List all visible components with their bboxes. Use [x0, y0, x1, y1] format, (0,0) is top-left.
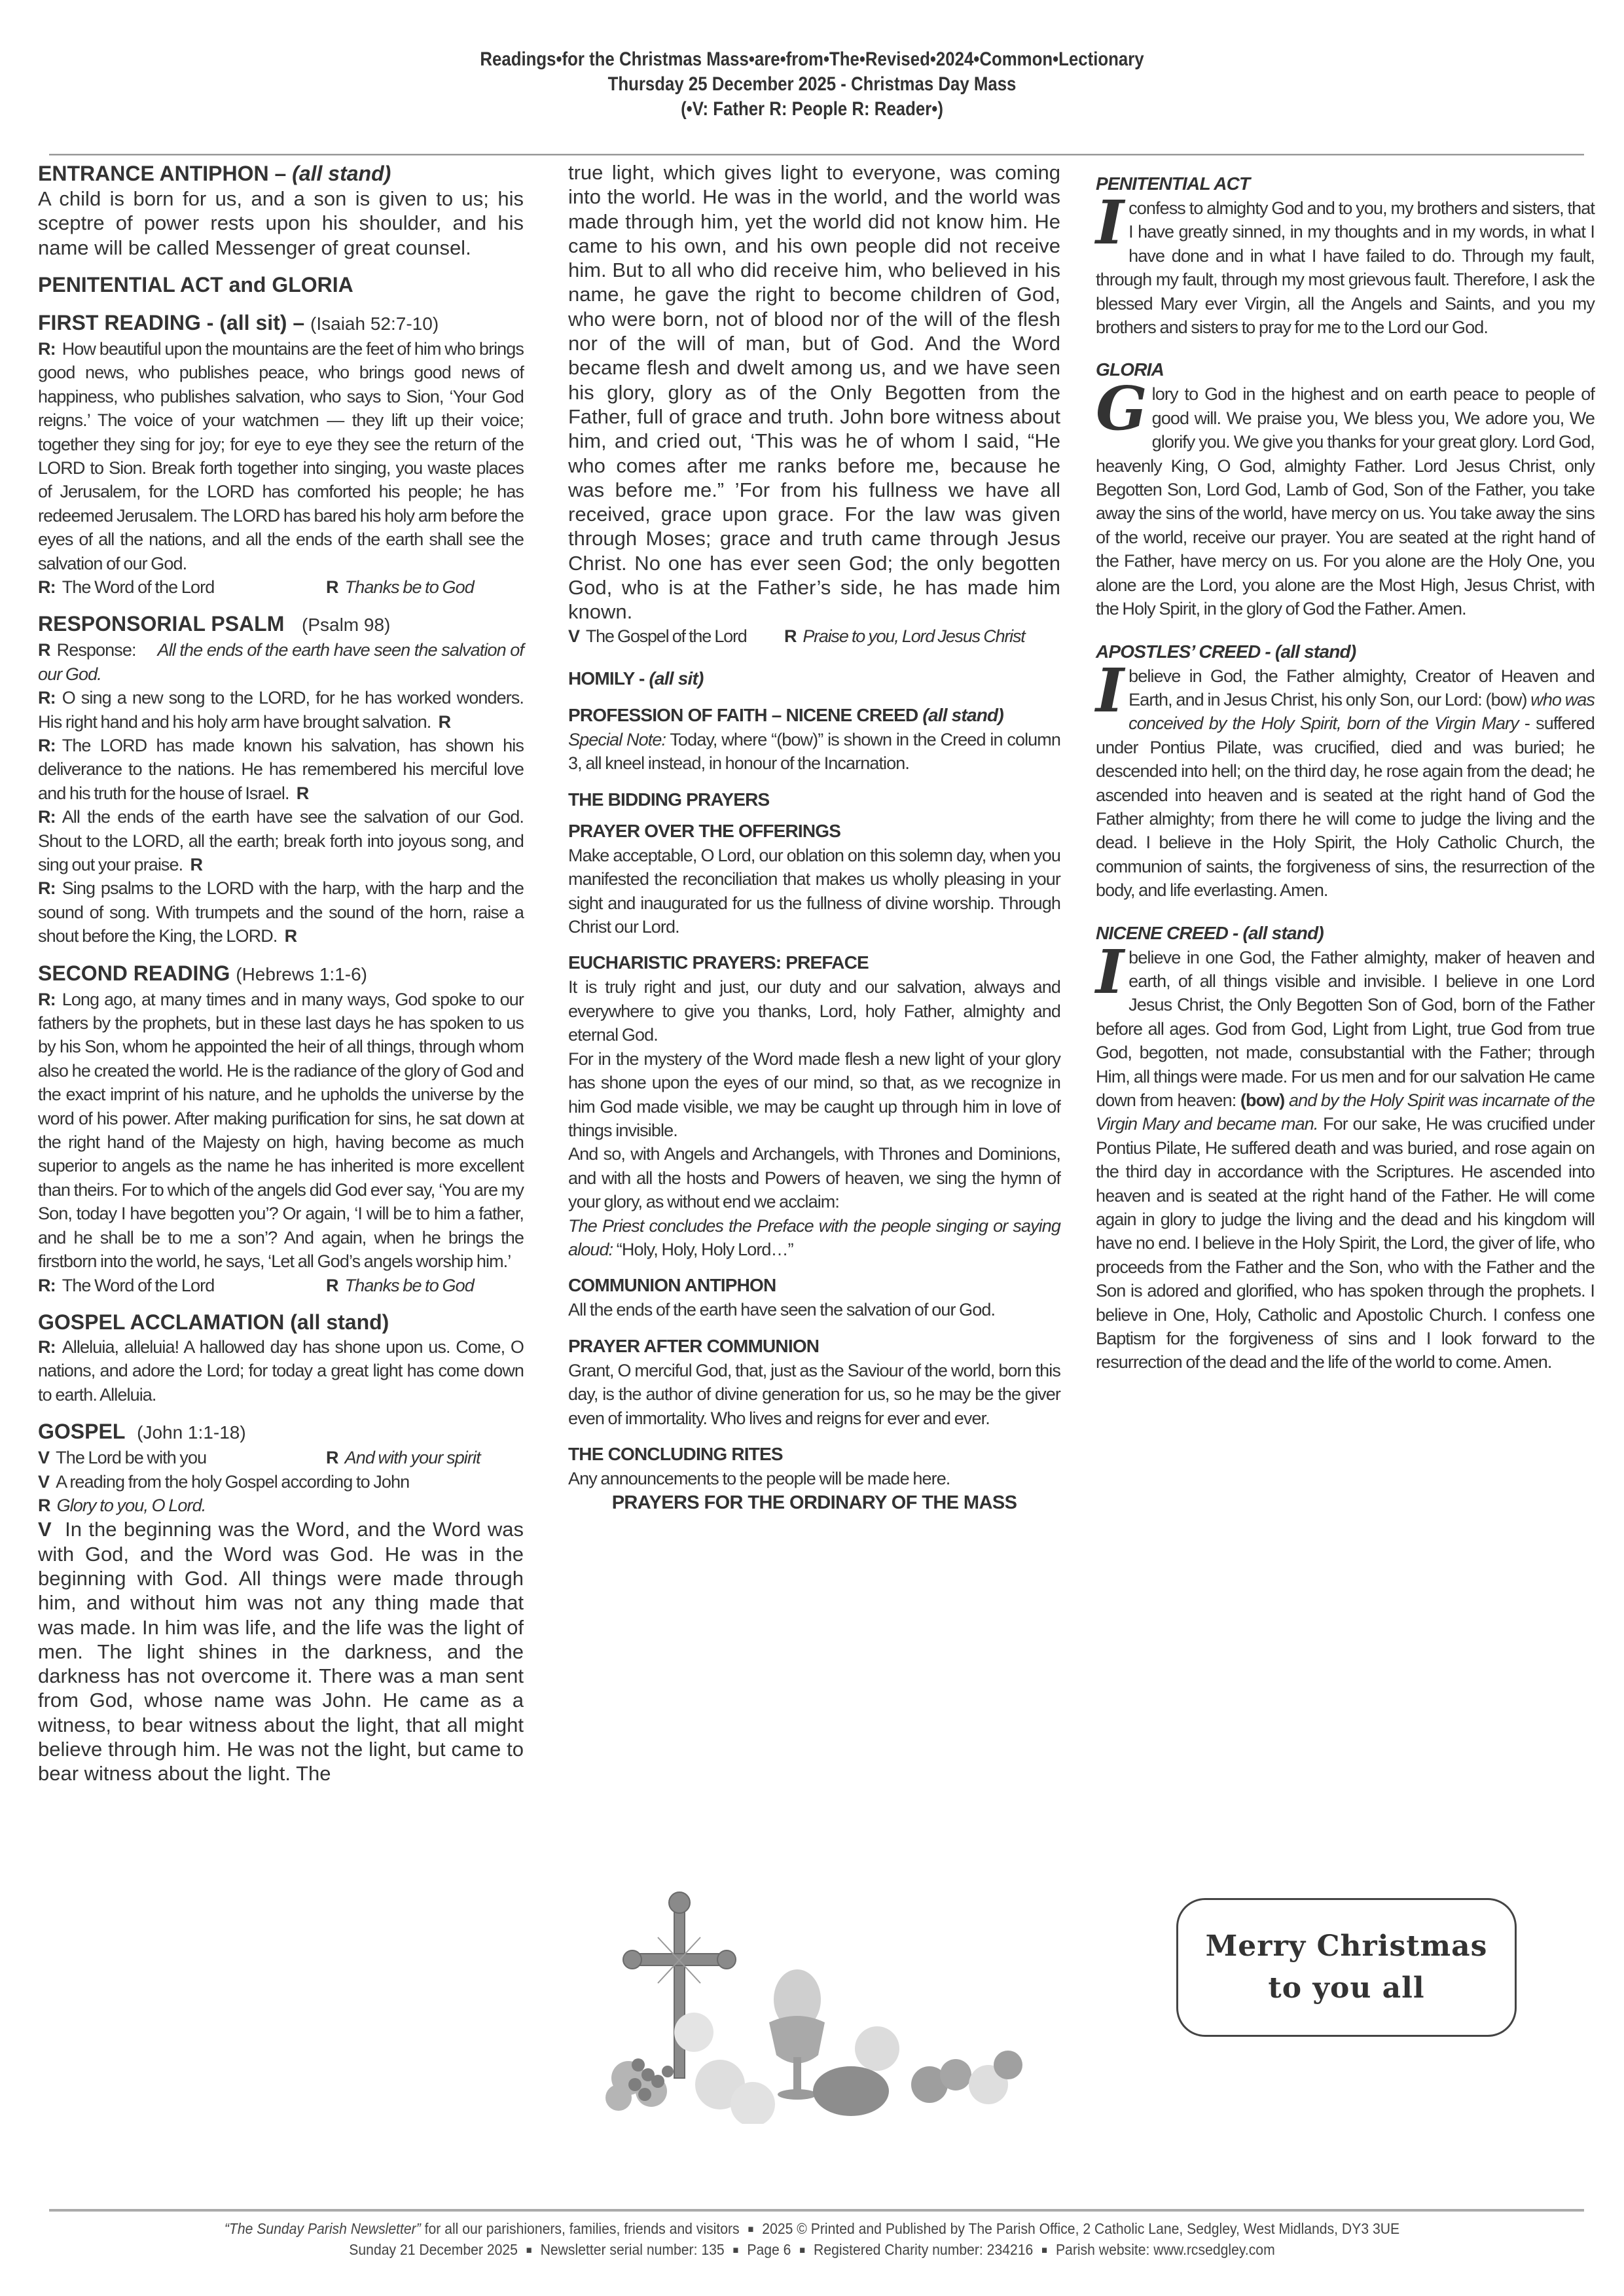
acclamation-text: R:Alleluia, alleluia! A hallowed day has…	[38, 1335, 524, 1407]
reading-text: R:How beautiful upon the mountains are t…	[38, 337, 524, 575]
column-3: PENITENTIAL ACT Iconfess to almighty God…	[1096, 171, 1595, 1374]
page-footer: “The Sunday Parish Newsletter” for all o…	[65, 2219, 1559, 2261]
page-header: Readings•for the Christmas Mass•are•from…	[114, 47, 1511, 122]
section-title: NICENE CREED - (all stand)	[1096, 921, 1595, 946]
christmas-greeting-box: Merry Christmas to you all	[1176, 1898, 1517, 2037]
section-title: SECOND READING (Hebrews 1:1-6)	[38, 960, 524, 988]
section-title: PROFESSION OF FAITH – NICENE CREED (all …	[568, 703, 1060, 728]
psalm-verse: R:The LORD has made known his salvation,…	[38, 734, 524, 805]
reading-text: R:Long ago, at many times and in many wa…	[38, 988, 524, 1274]
gospel-text: V In the beginning was the Word, and the…	[38, 1517, 524, 1785]
apostles-creed: APOSTLES’ CREED - (all stand) Ibelieve i…	[1096, 639, 1595, 903]
section-title: PENITENTIAL ACT	[1096, 171, 1595, 196]
homily-title: HOMILY - (all sit)	[568, 666, 1060, 691]
gospel-dialog: VA reading from the holy Gospel accordin…	[38, 1470, 524, 1494]
psalm-verse: R:O sing a new song to the LORD, for he …	[38, 686, 524, 734]
section-title: ENTRANCE ANTIPHON – (all stand)	[38, 160, 524, 187]
footer-line-2: Sunday 21 December 2025■Newsletter seria…	[65, 2240, 1559, 2261]
square-separator-icon: ■	[518, 2245, 541, 2256]
first-reading: FIRST READING - (all sit) – (Isaiah 52:7…	[38, 310, 524, 599]
section-title: THE CONCLUDING RITES	[568, 1442, 1060, 1467]
greeting-line-2: to you all	[1268, 1967, 1424, 2009]
preface-text: And so, with Angels and Archangels, with…	[568, 1142, 1060, 1213]
greeting-line-1: Merry Christmas	[1206, 1926, 1488, 1967]
antiphon-text: A child is born for us, and a son is giv…	[38, 187, 524, 260]
square-separator-icon: ■	[1033, 2245, 1056, 2256]
nicene-creed: NICENE CREED - (all stand) Ibelieve in o…	[1096, 921, 1595, 1374]
cross-chalice-flowers-illustration	[589, 1888, 1047, 2124]
ordinary-of-mass-title: PRAYERS FOR THE ORDINARY OF THE MASS	[568, 1490, 1060, 1515]
column-1: ENTRANCE ANTIPHON – (all stand) A child …	[38, 160, 524, 1786]
square-separator-icon: ■	[791, 2245, 814, 2256]
eucharistic-preface: EUCHARISTIC PRAYERS: PREFACE It is truly…	[568, 950, 1060, 1261]
dropcap-i-icon: I	[1096, 667, 1123, 714]
section-title: GOSPEL (John 1:1-18)	[38, 1418, 524, 1446]
penitential-act: PENITENTIAL ACT Iconfess to almighty God…	[1096, 171, 1595, 339]
gloria: GLORIA Glory to God in the highest and o…	[1096, 357, 1595, 620]
preface-rubric: The Priest concludes the Preface with th…	[568, 1214, 1060, 1262]
entrance-antiphon: ENTRANCE ANTIPHON – (all stand) A child …	[38, 160, 524, 260]
gloria-text: Glory to God in the highest and on earth…	[1096, 382, 1595, 620]
special-note: Special Note: Today, where “(bow)” is sh…	[568, 728, 1060, 776]
bidding-prayers-title: THE BIDDING PRAYERS	[568, 787, 1060, 812]
concluding-text: Any announcements to the people will be …	[568, 1467, 1060, 1490]
section-title: GLORIA	[1096, 357, 1595, 382]
prayer-text: Make acceptable, O Lord, our oblation on…	[568, 844, 1060, 939]
dropcap-i-icon: I	[1096, 948, 1123, 996]
gospel-ending: VThe Gospel of the Lord RPraise to you, …	[568, 624, 1060, 648]
gospel-acclamation: GOSPEL ACCLAMATION (all stand) R:Allelui…	[38, 1309, 524, 1407]
section-title: RESPONSORIAL PSALM (Psalm 98)	[38, 611, 524, 638]
header-date-line: Thursday 25 December 2025 - Christmas Da…	[114, 72, 1511, 97]
footer-line-1: “The Sunday Parish Newsletter” for all o…	[65, 2219, 1559, 2240]
reading-response: R:The Word of the Lord RThanks be to God	[38, 1274, 524, 1297]
responsorial-psalm: RESPONSORIAL PSALM (Psalm 98) RResponse:…	[38, 611, 524, 948]
bottom-divider	[49, 2209, 1584, 2212]
page-number: Page 6	[747, 2241, 791, 2258]
communion-antiphon: COMMUNION ANTIPHON All the ends of the e…	[568, 1273, 1060, 1321]
psalm-response: RResponse: All the ends of the earth hav…	[38, 638, 524, 686]
concluding-rites: THE CONCLUDING RITES Any announcements t…	[568, 1442, 1060, 1490]
psalm-verse: R:All the ends of the earth have see the…	[38, 805, 524, 876]
section-title: EUCHARISTIC PRAYERS: PREFACE	[568, 950, 1060, 975]
penitential-gloria-title: PENITENTIAL ACT and GLORIA	[38, 272, 524, 298]
dropcap-i-icon: I	[1096, 199, 1123, 246]
profession-of-faith: PROFESSION OF FAITH – NICENE CREED (all …	[568, 703, 1060, 776]
preface-text: For in the mystery of the Word made fles…	[568, 1047, 1060, 1143]
gospel-dialog: VThe Lord be with you RAnd with your spi…	[38, 1446, 524, 1469]
header-lectionary-line: Readings•for the Christmas Mass•are•from…	[114, 47, 1511, 72]
section-title: PRAYER AFTER COMMUNION	[568, 1334, 1060, 1359]
dropcap-g-icon: G	[1096, 385, 1147, 432]
header-roles-legend: (•V: Father R: People R: Reader•)	[114, 97, 1511, 122]
preface-text: It is truly right and just, our duty and…	[568, 975, 1060, 1047]
antiphon-text: All the ends of the earth have seen the …	[568, 1298, 1060, 1321]
top-divider	[49, 154, 1584, 156]
reading-response: R:The Word of the Lord RThanks be to God	[38, 575, 524, 599]
prayer-over-offerings: PRAYER OVER THE OFFERINGS Make acceptabl…	[568, 819, 1060, 939]
parish-website-link[interactable]: Parish website: www.rcsedgley.com	[1056, 2241, 1275, 2258]
prayer-after-communion: PRAYER AFTER COMMUNION Grant, O merciful…	[568, 1334, 1060, 1430]
square-separator-icon: ■	[725, 2245, 748, 2256]
newsletter-date: Sunday 21 December 2025	[349, 2241, 518, 2258]
gospel-dialog: RGlory to you, O Lord.	[38, 1494, 524, 1517]
creed-text: Ibelieve in God, the Father almighty, Cr…	[1096, 664, 1595, 903]
section-title: GOSPEL ACCLAMATION (all stand)	[38, 1309, 524, 1335]
square-separator-icon: ■	[740, 2224, 763, 2235]
section-title: COMMUNION ANTIPHON	[568, 1273, 1060, 1298]
psalm-verse: R:Sing psalms to the LORD with the harp,…	[38, 876, 524, 948]
section-title: PRAYER OVER THE OFFERINGS	[568, 819, 1060, 844]
gospel: GOSPEL (John 1:1-18) VThe Lord be with y…	[38, 1418, 524, 1785]
second-reading: SECOND READING (Hebrews 1:1-6) R:Long ag…	[38, 960, 524, 1297]
prayer-text: Grant, O merciful God, that, just as the…	[568, 1359, 1060, 1430]
serial-number: Newsletter serial number: 135	[541, 2241, 725, 2258]
column-2: true light, which gives light to everyon…	[568, 160, 1060, 1515]
section-title: APOSTLES’ CREED - (all stand)	[1096, 639, 1595, 664]
confiteor-text: Iconfess to almighty God and to you, my …	[1096, 196, 1595, 339]
gospel-continued: true light, which gives light to everyon…	[568, 160, 1060, 624]
charity-number: Registered Charity number: 234216	[814, 2241, 1033, 2258]
section-title: FIRST READING - (all sit) – (Isaiah 52:7…	[38, 310, 524, 337]
creed-text: Ibelieve in one God, the Father almighty…	[1096, 946, 1595, 1374]
